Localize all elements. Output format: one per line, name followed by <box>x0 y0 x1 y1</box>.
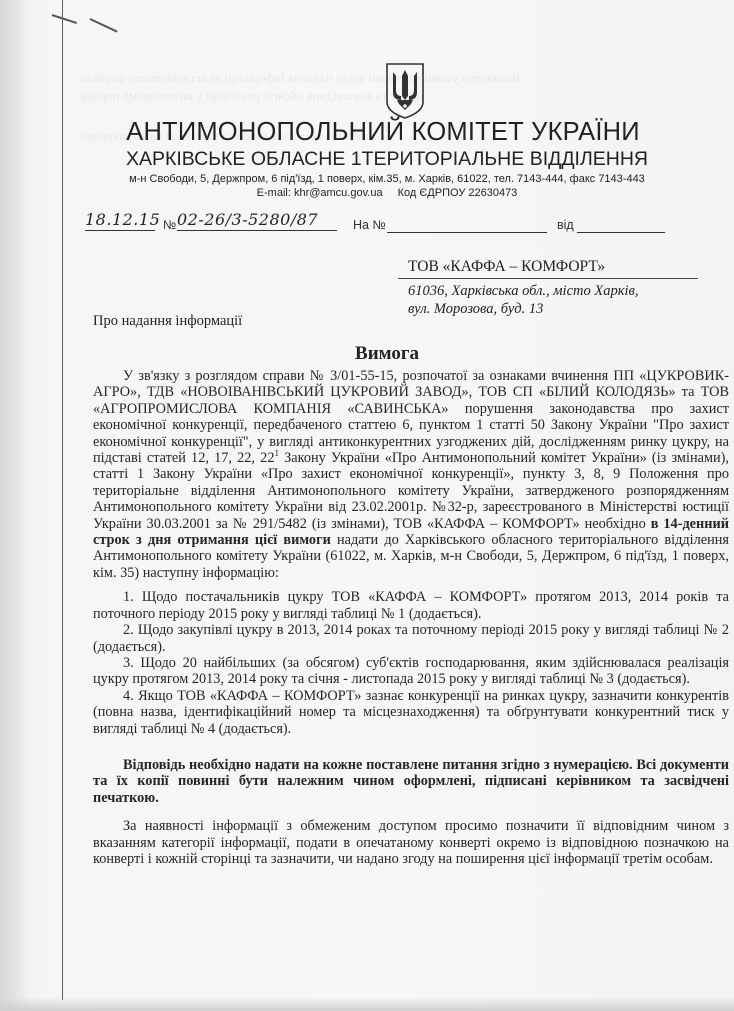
pen-mark <box>90 18 118 32</box>
outgoing-number: 02-26/3-5280/87 <box>177 210 337 231</box>
division-name: ХАРКІВСЬКЕ ОБЛАСНЕ 1ТЕРИТОРІАЛЬНЕ ВІДДІЛ… <box>20 148 734 171</box>
org-contacts: E-mail: khr@amcu.gov.ua Код ЄДРПОУ 22630… <box>20 187 734 199</box>
scanned-letter-page: Визначено умови та строки щодо надання і… <box>0 0 734 1011</box>
recipient-address-line2: вул. Морозова, буд. 13 <box>398 300 698 318</box>
pen-mark <box>52 14 77 24</box>
reply-to-blank <box>387 232 547 233</box>
org-address: м-н Свободи, 5, Держпром, 6 під'їзд, 1 п… <box>20 173 734 185</box>
outgoing-date: 18.12.15 <box>85 210 155 231</box>
recipient-block: ТОВ «КАФФА – КОМФОРТ» 61036, Харківська … <box>398 258 698 318</box>
closing-paragraph: За наявності інформації з обмеженим дост… <box>93 818 729 867</box>
number-label: № <box>163 218 176 232</box>
org-edrpou: Код ЄДРПОУ 22630473 <box>398 187 518 199</box>
request-item-3: 3. Щодо 20 найбільших (за обсягом) суб'є… <box>93 655 729 688</box>
bleed-through-text: Визначено умови та строки щодо надання і… <box>80 70 521 86</box>
request-item-2: 2. Щодо закупівлі цукру в 2013, 2014 рок… <box>93 622 729 655</box>
request-item-1: 1. Щодо постачальників цукру ТОВ «КАФФА … <box>93 589 729 622</box>
request-item-4: 4. Якщо ТОВ «КАФФА – КОМФОРТ» зазнає кон… <box>93 688 729 737</box>
trident-coat-of-arms-icon <box>385 62 425 120</box>
recipient-address-line1: 61036, Харківська обл., місто Харків, <box>398 282 698 300</box>
registration-line: 18.12.15 № 02-26/3-5280/87 На № від <box>85 212 685 236</box>
from-blank <box>577 232 665 233</box>
notice-paragraph: Відповідь необхідно надати на кожне пост… <box>93 757 729 806</box>
letter-subject: Про надання інформації <box>93 313 242 330</box>
document-title: Вимога <box>0 343 734 365</box>
from-label: від <box>557 218 574 232</box>
intro-paragraph: У зв'язку з розглядом справи № 3/01-55-1… <box>93 368 729 581</box>
recipient-name: ТОВ «КАФФА – КОМФОРТ» <box>398 258 698 279</box>
bleed-through-text: цукру та відповідних обсягів реалізації … <box>80 88 423 104</box>
org-name: АНТИМОНОПОЛЬНИЙ КОМІТЕТ УКРАЇНИ <box>16 118 734 147</box>
org-email: E-mail: khr@amcu.gov.ua <box>257 187 383 199</box>
letter-body: У зв'язку з розглядом справи № 3/01-55-1… <box>93 368 729 867</box>
reply-to-label: На № <box>353 218 386 232</box>
